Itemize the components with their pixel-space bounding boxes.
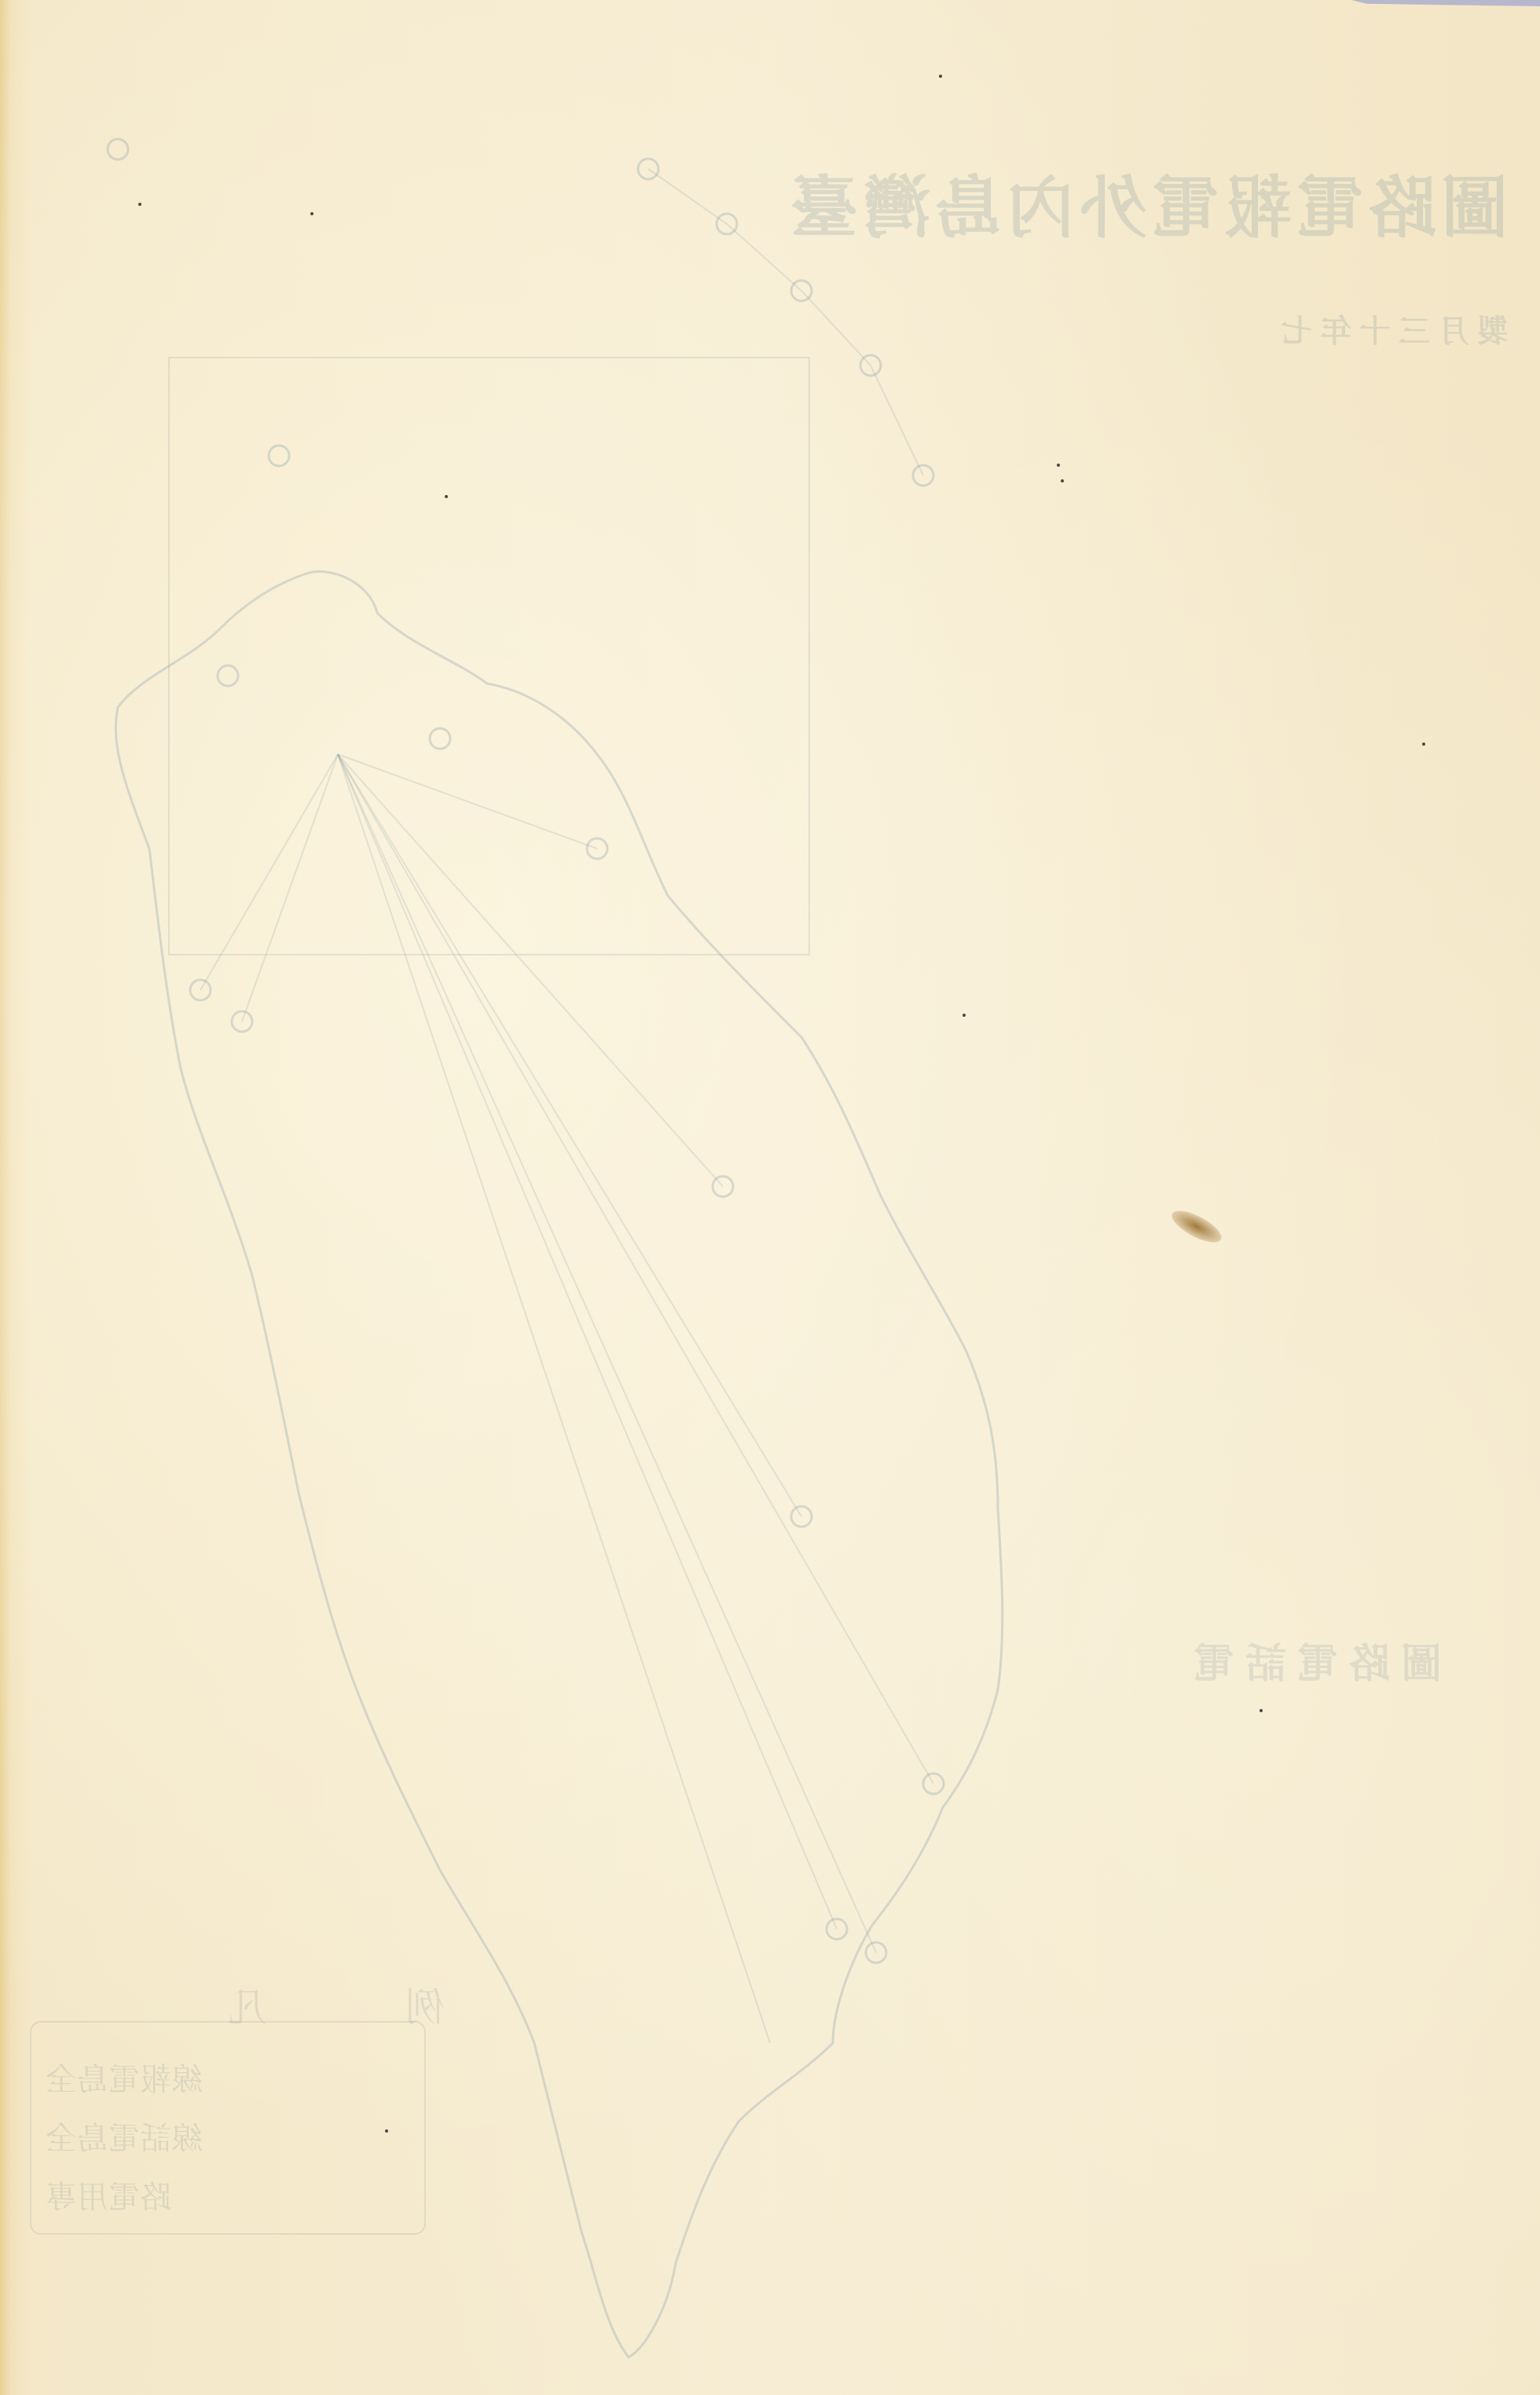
paper-speck [310, 212, 313, 215]
paper-speck [445, 495, 448, 498]
paper-speck [385, 2129, 388, 2133]
bleed-through-section-heading: 圖路電話電 [1182, 1630, 1442, 1689]
paper-speck [138, 203, 141, 206]
paper-speck [962, 1014, 966, 1017]
bleed-through-title: 圖路電報電外內島灣臺 [786, 153, 1509, 251]
paper-speck [1061, 479, 1064, 482]
paper-speck [1259, 1709, 1263, 1712]
telegraph-route-lines [169, 169, 933, 2043]
paper-speck [1057, 464, 1060, 467]
legend-row: 線報電島全 [46, 2055, 203, 2100]
paper-speck [939, 75, 942, 78]
legend-row: 路電用專 [46, 2173, 171, 2217]
legend-row: 線話電島全 [46, 2114, 203, 2158]
paper-speck [1422, 743, 1425, 746]
bleed-through-subtitle: 製月三十年七 [1273, 306, 1509, 351]
